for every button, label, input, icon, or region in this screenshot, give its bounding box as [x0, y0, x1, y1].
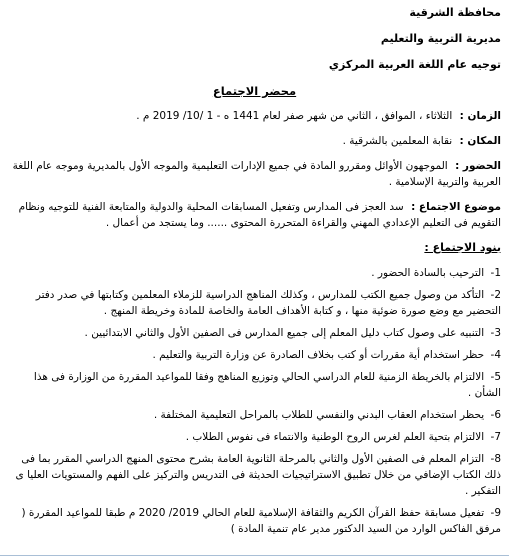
agenda-item-7-number: 7-	[491, 431, 501, 443]
agenda-item-6: 6- يحظر استخدام العقاب البدني والنفسي لل…	[8, 407, 501, 423]
agenda-section-title: بنود الاجتماع :	[8, 240, 501, 256]
meta-place-value: نقابة المعلمين بالشرقية .	[343, 135, 453, 147]
agenda-item-5-text: الالتزام بالخريطة الزمنية للعام الدراسي …	[34, 371, 501, 399]
meta-time-label: الزمان :	[460, 110, 501, 122]
org-line-directorate: مديرية التربية والتعليم	[8, 31, 501, 47]
agenda-item-1-number: 1-	[491, 267, 501, 279]
agenda-item-4-number: 4-	[491, 349, 501, 361]
agenda-item-8-text: التزام المعلم فى الصفين الأول والثاني با…	[16, 453, 501, 497]
agenda-item-7-text: الالتزام بتحية العلم لغرس الروح الوطنية …	[186, 431, 484, 443]
agenda-item-8-number: 8-	[491, 453, 501, 465]
agenda-item-1: 1- الترحيب بالسادة الحضور .	[8, 265, 501, 281]
agenda-item-2: 2- التأكد من وصول جميع الكتب للمدارس ، و…	[8, 287, 501, 319]
agenda-item-5-number: 5-	[491, 371, 501, 383]
agenda-item-6-number: 6-	[491, 409, 501, 421]
agenda-item-9: 9- تفعيل مسابقة حفظ القرآن الكريم والثقا…	[8, 505, 501, 537]
document-content: محافظة الشرقية مديرية التربية والتعليم ت…	[0, 0, 509, 537]
org-line-guidance: توجيه عام اللغة العربية المركزي	[8, 57, 501, 73]
agenda-item-2-number: 2-	[491, 289, 501, 301]
bottom-divider-line	[0, 555, 509, 556]
meta-subject: موضوع الاجتماع : سد العجز فى المدارس وتف…	[8, 199, 501, 231]
meta-place: المكان : نقابة المعلمين بالشرقية .	[8, 133, 501, 149]
agenda-item-6-text: يحظر استخدام العقاب البدني والنفسي للطلا…	[154, 409, 484, 421]
agenda-item-8: 8- التزام المعلم فى الصفين الأول والثاني…	[8, 451, 501, 499]
org-line-governorate: محافظة الشرقية	[8, 5, 501, 21]
meeting-minutes-title: محضر الاجتماع	[8, 83, 501, 99]
agenda-item-9-number: 9-	[491, 507, 501, 519]
agenda-item-7: 7- الالتزام بتحية العلم لغرس الروح الوطن…	[8, 429, 501, 445]
meta-time-value: الثلاثاء ، الموافق ، الثاني من شهر صفر ل…	[136, 110, 452, 122]
agenda-item-4-text: حظر استخدام أية مقررات أو كتب بخلاف الصا…	[152, 349, 484, 361]
document-page: محافظة الشرقية مديرية التربية والتعليم ت…	[0, 0, 509, 559]
agenda-item-3-text: التنبيه على وصول كتاب دليل المعلم إلى جم…	[85, 327, 485, 339]
agenda-item-2-text: التأكد من وصول جميع الكتب للمدارس ، وكذل…	[36, 289, 501, 317]
agenda-item-1-text: الترحيب بالسادة الحضور .	[371, 267, 484, 279]
meta-place-label: المكان :	[460, 135, 501, 147]
agenda-item-5: 5- الالتزام بالخريطة الزمنية للعام الدرا…	[8, 369, 501, 401]
meta-attendees-label: الحضور :	[455, 160, 501, 172]
meta-time: الزمان : الثلاثاء ، الموافق ، الثاني من …	[8, 108, 501, 124]
meta-attendees-value: الموجهون الأوائل ومقررو المادة في جميع ا…	[13, 160, 501, 188]
agenda-item-9-text: تفعيل مسابقة حفظ القرآن الكريم والثقافة …	[21, 507, 501, 535]
agenda-item-4: 4- حظر استخدام أية مقررات أو كتب بخلاف ا…	[8, 347, 501, 363]
agenda-item-3-number: 3-	[491, 327, 501, 339]
agenda-item-3: 3- التنبيه على وصول كتاب دليل المعلم إلى…	[8, 325, 501, 341]
meta-attendees: الحضور : الموجهون الأوائل ومقررو المادة …	[8, 158, 501, 190]
meta-subject-label: موضوع الاجتماع :	[411, 201, 501, 213]
